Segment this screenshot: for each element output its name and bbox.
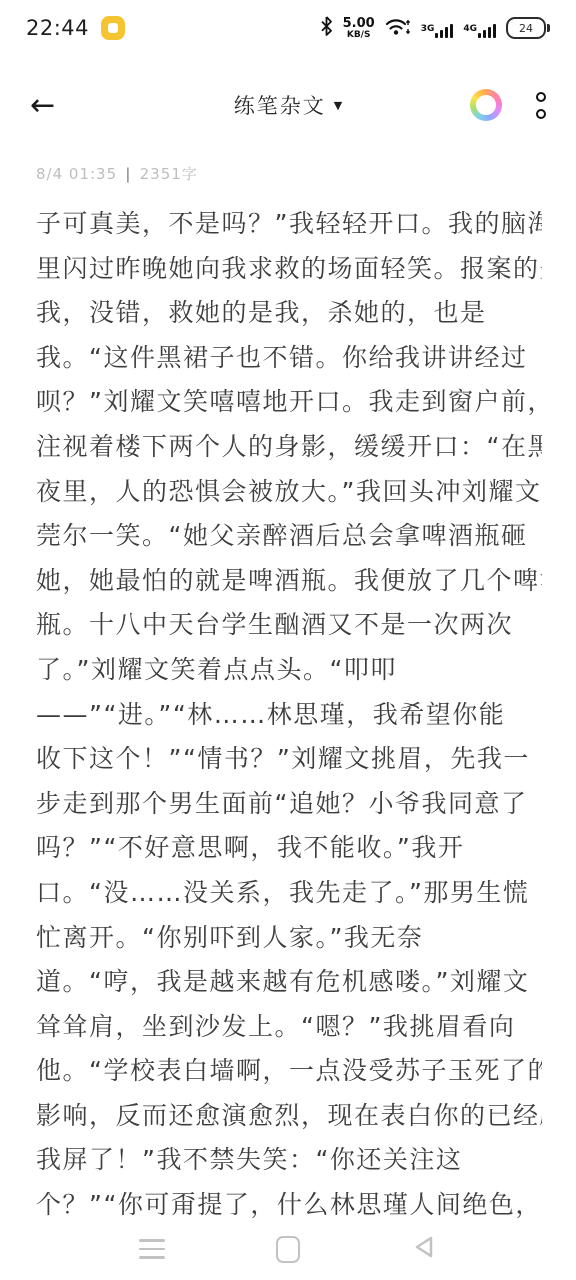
signal-sim1-icon: 3G xyxy=(421,18,454,38)
text-line: 步走到那个男生面前“追她？小爷我同意了 xyxy=(36,782,542,827)
signal-sim2-icon: 4G xyxy=(463,18,496,38)
battery-icon: 24 xyxy=(506,17,550,39)
text-line: 莞尔一笑。“她父亲醉酒后总会拿啤酒瓶砸 xyxy=(36,514,542,559)
battery-level: 24 xyxy=(506,17,546,39)
text-line: 里闪过昨晚她向我求救的场面轻笑。报案的是 xyxy=(36,247,542,292)
note-editor[interactable]: 子可真美，不是吗？”我轻轻开口。我的脑海 里闪过昨晚她向我求救的场面轻笑。报案的… xyxy=(36,202,542,1228)
text-line: 吗？”“不好意思啊，我不能收。”我开 xyxy=(36,826,542,871)
meta-separator: | xyxy=(125,165,131,183)
text-line: 注视着楼下两个人的身影，缓缓开口：“在黑 xyxy=(36,425,542,470)
back-arrow-icon: ← xyxy=(30,88,55,123)
text-line: 他。“学校表白墙啊，一点没受苏子玉死了的 xyxy=(36,1049,542,1094)
text-line: 道。“哼，我是越来越有危机感喽。”刘耀文 xyxy=(36,960,542,1005)
theme-color-button[interactable] xyxy=(470,89,502,121)
text-line: 个？”“你可甭提了，什么林思瑾人间绝色， xyxy=(36,1183,542,1228)
bluetooth-icon xyxy=(320,16,333,40)
rounded-square-home-icon xyxy=(276,1236,300,1263)
header-bar: ← 练笔杂文 ▼ xyxy=(0,74,576,136)
more-menu-button[interactable] xyxy=(536,92,546,119)
clock: 22:44 xyxy=(26,16,89,40)
nav-home-button[interactable] xyxy=(268,1233,308,1265)
back-button[interactable]: ← xyxy=(30,85,70,125)
note-datetime: 8/4 01:35 xyxy=(36,165,117,183)
text-line: 夜里，人的恐惧会被放大。”我回头冲刘耀文 xyxy=(36,470,542,515)
text-line: 我。“这件黑裙子也不错。你给我讲讲经过 xyxy=(36,336,542,381)
text-line: 口。“没……没关系，我先走了。”那男生慌 xyxy=(36,871,542,916)
text-line: 她，她最怕的就是啤酒瓶。我便放了几个啤酒 xyxy=(36,559,542,604)
status-bar: 22:44 5.00 KB/S 3G xyxy=(0,10,576,46)
page-title: 练笔杂文 xyxy=(234,90,326,120)
chevron-down-icon: ▼ xyxy=(334,99,342,112)
text-line: 子可真美，不是吗？”我轻轻开口。我的脑海 xyxy=(36,202,542,247)
text-line: ——”“进。”“林……林思瑾，我希望你能 xyxy=(36,693,542,738)
android-nav-bar xyxy=(0,1224,576,1280)
note-meta: 8/4 01:35 | 2351字 xyxy=(36,163,198,184)
text-line: 影响，反而还愈演愈烈，现在表白你的已经刷 xyxy=(36,1094,542,1139)
hamburger-menu-icon xyxy=(139,1239,165,1259)
app-screen: 22:44 5.00 KB/S 3G xyxy=(0,0,576,1280)
network-speed: 5.00 KB/S xyxy=(343,17,375,40)
text-line: 呗？”刘耀文笑嘻嘻地开口。我走到窗户前， xyxy=(36,380,542,425)
text-line: 我屏了！”我不禁失笑：“你还关注这 xyxy=(36,1138,542,1183)
notification-app-icon xyxy=(101,16,125,40)
notebook-title-dropdown[interactable]: 练笔杂文 ▼ xyxy=(234,90,342,120)
note-wordcount: 2351字 xyxy=(140,163,198,184)
text-line: 收下这个！”“情书？”刘耀文挑眉，先我一 xyxy=(36,737,542,782)
text-line: 瓶。十八中天台学生酗酒又不是一次两次 xyxy=(36,603,542,648)
wifi-icon xyxy=(385,17,411,40)
text-line: 耸耸肩，坐到沙发上。“嗯？”我挑眉看向 xyxy=(36,1005,542,1050)
nav-menu-button[interactable] xyxy=(132,1233,172,1265)
text-line: 忙离开。“你别吓到人家。”我无奈 xyxy=(36,916,542,961)
triangle-back-icon xyxy=(413,1235,435,1263)
text-line: 了。”刘耀文笑着点点头。“叩叩 xyxy=(36,648,542,693)
text-line: 我，没错，救她的是我，杀她的，也是 xyxy=(36,291,542,336)
nav-back-button[interactable] xyxy=(404,1233,444,1265)
